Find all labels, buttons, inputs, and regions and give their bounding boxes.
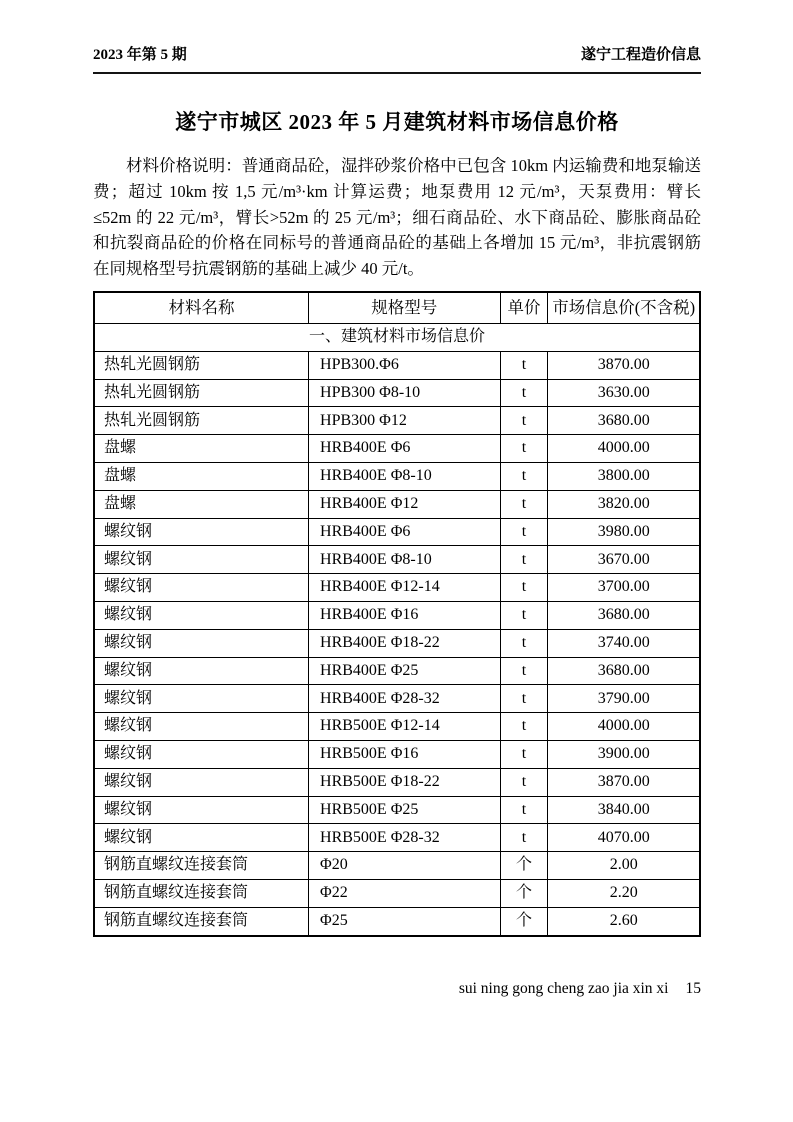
spec-model-cell: HRB500E Φ28-32 — [309, 824, 500, 852]
price-cell: 3680.00 — [548, 407, 700, 435]
spec-model-cell: HRB500E Φ25 — [309, 796, 500, 824]
price-cell: 3900.00 — [548, 740, 700, 768]
material-name-cell: 螺纹钢 — [94, 796, 309, 824]
spec-model-cell: HRB400E Φ12 — [309, 490, 500, 518]
spec-model-cell: HPB300 Φ12 — [309, 407, 500, 435]
spec-model-cell: HRB400E Φ8-10 — [309, 462, 500, 490]
table-row: 螺纹钢 HRB400E Φ28-32 t 3790.00 — [94, 685, 700, 713]
material-name-cell: 螺纹钢 — [94, 574, 309, 602]
page-number: 15 — [686, 980, 702, 997]
price-notes-paragraph: 材料价格说明：普通商品砼，湿拌砂浆价格中已包含 10km 内运输费和地泵输送费；… — [93, 153, 701, 282]
spec-model-cell: Φ25 — [309, 907, 500, 935]
unit-cell: t — [500, 796, 548, 824]
material-name-cell: 螺纹钢 — [94, 768, 309, 796]
price-cell: 3980.00 — [548, 518, 700, 546]
price-cell: 4070.00 — [548, 824, 700, 852]
unit-cell: t — [500, 462, 548, 490]
table-row: 螺纹钢 HRB400E Φ18-22 t 3740.00 — [94, 629, 700, 657]
table-row: 钢筋直螺纹连接套筒 Φ25 个 2.60 — [94, 907, 700, 935]
spec-model-cell: Φ22 — [309, 879, 500, 907]
table-row: 螺纹钢 HRB400E Φ12-14 t 3700.00 — [94, 574, 700, 602]
unit-cell: t — [500, 713, 548, 741]
spec-model-cell: Φ20 — [309, 852, 500, 880]
document-page: 2023 年第 5 期 遂宁工程造价信息 遂宁市城区 2023 年 5 月建筑材… — [0, 0, 793, 1122]
table-row: 热轧光圆钢筋 HPB300 Φ12 t 3680.00 — [94, 407, 700, 435]
price-cell: 3740.00 — [548, 629, 700, 657]
table-body: 一、建筑材料市场信息价 热轧光圆钢筋 HPB300.Φ6 t 3870.00 热… — [94, 323, 700, 935]
table-row: 螺纹钢 HRB400E Φ25 t 3680.00 — [94, 657, 700, 685]
price-cell: 2.20 — [548, 879, 700, 907]
table-row: 盘螺 HRB400E Φ12 t 3820.00 — [94, 490, 700, 518]
header-rule — [93, 72, 701, 74]
price-cell: 3630.00 — [548, 379, 700, 407]
spec-model-cell: HRB500E Φ12-14 — [309, 713, 500, 741]
spec-model-cell: HRB400E Φ12-14 — [309, 574, 500, 602]
price-cell: 4000.00 — [548, 713, 700, 741]
unit-cell: t — [500, 768, 548, 796]
publication-title: 遂宁工程造价信息 — [581, 46, 701, 64]
material-name-cell: 盘螺 — [94, 462, 309, 490]
price-cell: 3700.00 — [548, 574, 700, 602]
table-row: 螺纹钢 HRB400E Φ16 t 3680.00 — [94, 601, 700, 629]
spec-model-cell: HPB300 Φ8-10 — [309, 379, 500, 407]
price-cell: 3670.00 — [548, 546, 700, 574]
material-name-cell: 螺纹钢 — [94, 629, 309, 657]
unit-cell: t — [500, 824, 548, 852]
material-name-cell: 螺纹钢 — [94, 824, 309, 852]
material-name-cell: 钢筋直螺纹连接套筒 — [94, 907, 309, 935]
material-name-cell: 钢筋直螺纹连接套筒 — [94, 852, 309, 880]
material-name-cell: 盘螺 — [94, 435, 309, 463]
table-row: 螺纹钢 HRB500E Φ25 t 3840.00 — [94, 796, 700, 824]
spec-model-cell: HRB400E Φ8-10 — [309, 546, 500, 574]
unit-cell: t — [500, 657, 548, 685]
material-name-cell: 热轧光圆钢筋 — [94, 379, 309, 407]
spec-model-cell: HRB500E Φ18-22 — [309, 768, 500, 796]
price-cell: 3820.00 — [548, 490, 700, 518]
unit-cell: t — [500, 574, 548, 602]
spec-model-cell: HPB300.Φ6 — [309, 351, 500, 379]
price-cell: 3800.00 — [548, 462, 700, 490]
table-row: 螺纹钢 HRB500E Φ28-32 t 4070.00 — [94, 824, 700, 852]
running-header: 2023 年第 5 期 遂宁工程造价信息 — [93, 46, 701, 64]
material-name-cell: 螺纹钢 — [94, 740, 309, 768]
material-name-cell: 螺纹钢 — [94, 713, 309, 741]
table-row: 盘螺 HRB400E Φ6 t 4000.00 — [94, 435, 700, 463]
table-row: 螺纹钢 HRB500E Φ12-14 t 4000.00 — [94, 713, 700, 741]
unit-cell: t — [500, 490, 548, 518]
table-row: 钢筋直螺纹连接套筒 Φ22 个 2.20 — [94, 879, 700, 907]
table-row: 盘螺 HRB400E Φ8-10 t 3800.00 — [94, 462, 700, 490]
material-name-cell: 螺纹钢 — [94, 518, 309, 546]
page-footer: sui ning gong cheng zao jia xin xi15 — [93, 979, 701, 999]
spec-model-cell: HRB500E Φ16 — [309, 740, 500, 768]
spec-model-cell: HRB400E Φ6 — [309, 518, 500, 546]
material-name-cell: 热轧光圆钢筋 — [94, 351, 309, 379]
unit-cell: t — [500, 351, 548, 379]
unit-cell: t — [500, 546, 548, 574]
table-row: 热轧光圆钢筋 HPB300 Φ8-10 t 3630.00 — [94, 379, 700, 407]
price-cell: 4000.00 — [548, 435, 700, 463]
unit-cell: t — [500, 685, 548, 713]
price-cell: 2.60 — [548, 907, 700, 935]
price-cell: 3870.00 — [548, 351, 700, 379]
spec-model-cell: HRB400E Φ6 — [309, 435, 500, 463]
column-header-market-price: 市场信息价(不含税) — [548, 292, 700, 324]
table-row: 热轧光圆钢筋 HPB300.Φ6 t 3870.00 — [94, 351, 700, 379]
section-title: 一、建筑材料市场信息价 — [94, 323, 700, 351]
table-header-row: 材料名称 规格型号 单价 市场信息价(不含税) — [94, 292, 700, 324]
price-cell: 3840.00 — [548, 796, 700, 824]
material-name-cell: 螺纹钢 — [94, 685, 309, 713]
table-row: 螺纹钢 HRB500E Φ18-22 t 3870.00 — [94, 768, 700, 796]
unit-cell: t — [500, 740, 548, 768]
table-row: 螺纹钢 HRB400E Φ8-10 t 3670.00 — [94, 546, 700, 574]
price-cell: 3870.00 — [548, 768, 700, 796]
column-header-spec-model: 规格型号 — [309, 292, 500, 324]
material-name-cell: 螺纹钢 — [94, 546, 309, 574]
material-name-cell: 螺纹钢 — [94, 657, 309, 685]
spec-model-cell: HRB400E Φ28-32 — [309, 685, 500, 713]
unit-cell: t — [500, 407, 548, 435]
unit-cell: t — [500, 379, 548, 407]
unit-cell: t — [500, 435, 548, 463]
material-name-cell: 盘螺 — [94, 490, 309, 518]
price-cell: 3790.00 — [548, 685, 700, 713]
table-row: 螺纹钢 HRB500E Φ16 t 3900.00 — [94, 740, 700, 768]
unit-cell: 个 — [500, 879, 548, 907]
material-name-cell: 热轧光圆钢筋 — [94, 407, 309, 435]
unit-cell: t — [500, 629, 548, 657]
unit-cell: 个 — [500, 852, 548, 880]
material-name-cell: 钢筋直螺纹连接套筒 — [94, 879, 309, 907]
issue-label: 2023 年第 5 期 — [93, 46, 187, 64]
column-header-unit-price: 单价 — [500, 292, 548, 324]
spec-model-cell: HRB400E Φ25 — [309, 657, 500, 685]
unit-cell: t — [500, 518, 548, 546]
spec-model-cell: HRB400E Φ16 — [309, 601, 500, 629]
column-header-material-name: 材料名称 — [94, 292, 309, 324]
price-cell: 2.00 — [548, 852, 700, 880]
material-name-cell: 螺纹钢 — [94, 601, 309, 629]
unit-cell: 个 — [500, 907, 548, 935]
material-price-table: 材料名称 规格型号 单价 市场信息价(不含税) 一、建筑材料市场信息价 热轧光圆… — [93, 291, 701, 937]
table-row: 螺纹钢 HRB400E Φ6 t 3980.00 — [94, 518, 700, 546]
footer-pinyin-text: sui ning gong cheng zao jia xin xi — [459, 980, 669, 997]
price-cell: 3680.00 — [548, 601, 700, 629]
page-title: 遂宁市城区 2023 年 5 月建筑材料市场信息价格 — [93, 108, 701, 136]
spec-model-cell: HRB400E Φ18-22 — [309, 629, 500, 657]
table-row: 钢筋直螺纹连接套筒 Φ20 个 2.00 — [94, 852, 700, 880]
unit-cell: t — [500, 601, 548, 629]
price-cell: 3680.00 — [548, 657, 700, 685]
section-header-row: 一、建筑材料市场信息价 — [94, 323, 700, 351]
